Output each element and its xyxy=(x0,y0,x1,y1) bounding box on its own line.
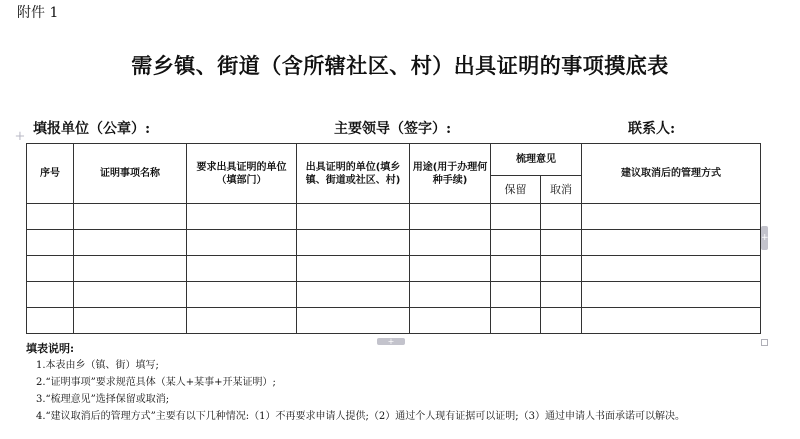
subheader-keep: 保留 xyxy=(491,176,541,204)
attachment-label: 附件 1 xyxy=(17,2,58,22)
instruction-item-3: 3.“梳理意见”选择保留或取消; xyxy=(26,391,685,408)
instructions-heading: 填表说明: xyxy=(26,340,685,357)
subheader-cancel: 取消 xyxy=(541,176,582,204)
table-move-handle-icon[interactable]: + xyxy=(14,131,26,143)
table-row xyxy=(27,230,761,256)
table-row xyxy=(27,282,761,308)
table-row xyxy=(27,308,761,334)
header-purpose: 用途(用于办理何种手续) xyxy=(410,144,491,204)
reporting-unit-label: 填报单位（公章）: xyxy=(33,118,150,138)
table-header-row: 序号 证明事项名称 要求出具证明的单位（填部门） 出具证明的单位(填乡镇、街道或… xyxy=(27,144,761,176)
header-review-opinion: 梳理意见 xyxy=(491,144,582,176)
header-issuing-unit: 出具证明的单位(填乡镇、街道或社区、村) xyxy=(297,144,410,204)
document-title: 需乡镇、街道（含所辖社区、村）出具证明的事项摸底表 xyxy=(0,50,800,80)
table-row xyxy=(27,204,761,230)
survey-table: 序号 证明事项名称 要求出具证明的单位（填部门） 出具证明的单位(填乡镇、街道或… xyxy=(26,143,761,334)
header-serial-no: 序号 xyxy=(27,144,74,204)
table-resize-handle-icon[interactable] xyxy=(761,339,768,346)
contact-person-label: 联系人: xyxy=(628,118,675,138)
header-item-name: 证明事项名称 xyxy=(74,144,187,204)
header-management-method: 建议取消后的管理方式 xyxy=(582,144,761,204)
fill-instructions: 填表说明: 1.本表由乡（镇、街）填写; 2.“证明事项”要求规范具体（某人+某… xyxy=(26,340,685,425)
table-row xyxy=(27,256,761,282)
instruction-item-4: 4.“建议取消后的管理方式”主要有以下几种情况:（1）不再要求申请人提供;（2）… xyxy=(26,408,685,425)
add-column-handle-icon[interactable]: + xyxy=(761,226,768,250)
instruction-item-1: 1.本表由乡（镇、街）填写; xyxy=(26,357,685,374)
leader-signature-label: 主要领导（签字）: xyxy=(334,118,451,138)
instruction-item-2: 2.“证明事项”要求规范具体（某人+某事+开某证明）; xyxy=(26,374,685,391)
header-requesting-unit: 要求出具证明的单位（填部门） xyxy=(187,144,297,204)
